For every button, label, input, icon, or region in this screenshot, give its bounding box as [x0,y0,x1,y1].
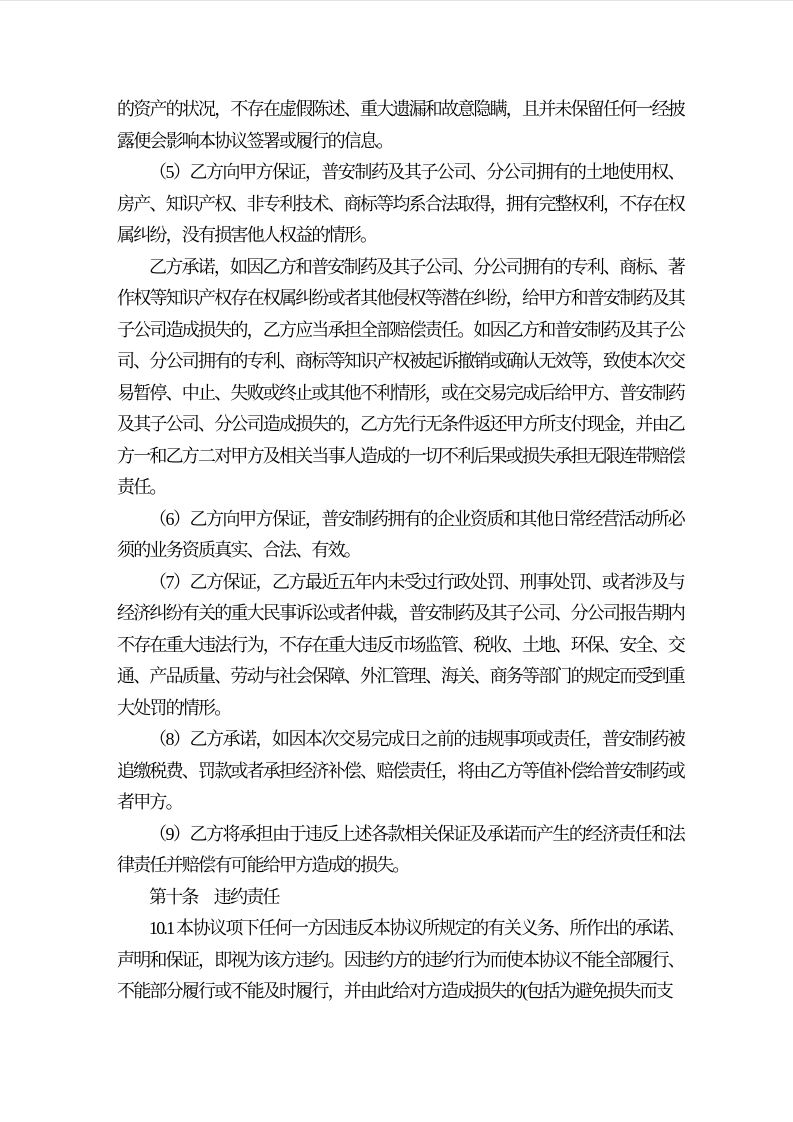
paragraph-clause-10-1: 10.1 本协议项下任何一方因违反本协议所规定的有关义务、所作出的承诺、声明和保… [117,913,684,1008]
paragraph-clause-8: （8）乙方承诺，如因本次交易完成日之前的违规事项或责任，普安制药被追缴税费、罚款… [117,724,684,819]
paragraph-clause-5: （5）乙方向甲方保证，普安制药及其子公司、分公司拥有的土地使用权、房产、知识产权… [117,157,684,252]
paragraph-party-b-commitment: 乙方承诺，如因乙方和普安制药及其子公司、分公司拥有的专利、商标、著作权等知识产权… [117,252,684,504]
paragraph-clause-9: （9）乙方将承担由于违反上述各款相关保证及承诺而产生的经济责任和法律责任并赔偿有… [117,819,684,882]
paragraph-clause-7: （7）乙方保证，乙方最近五年内未受过行政处罚、刑事处罚、或者涉及与经济纠纷有关的… [117,567,684,725]
document-body: 的资产的状况，不存在虚假陈述、重大遗漏和故意隐瞒，且并未保留任何一经披露便会影响… [117,94,684,1008]
document-page: 的资产的状况，不存在虚假陈述、重大遗漏和故意隐瞒，且并未保留任何一经披露便会影响… [0,0,793,1122]
paragraph-clause-6: （6）乙方向甲方保证，普安制药拥有的企业资质和其他日常经营活动所必须的业务资质真… [117,504,684,567]
paragraph-continuation: 的资产的状况，不存在虚假陈述、重大遗漏和故意隐瞒，且并未保留任何一经披露便会影响… [117,94,684,157]
section-heading-article-10: 第十条 违约责任 [117,882,684,914]
